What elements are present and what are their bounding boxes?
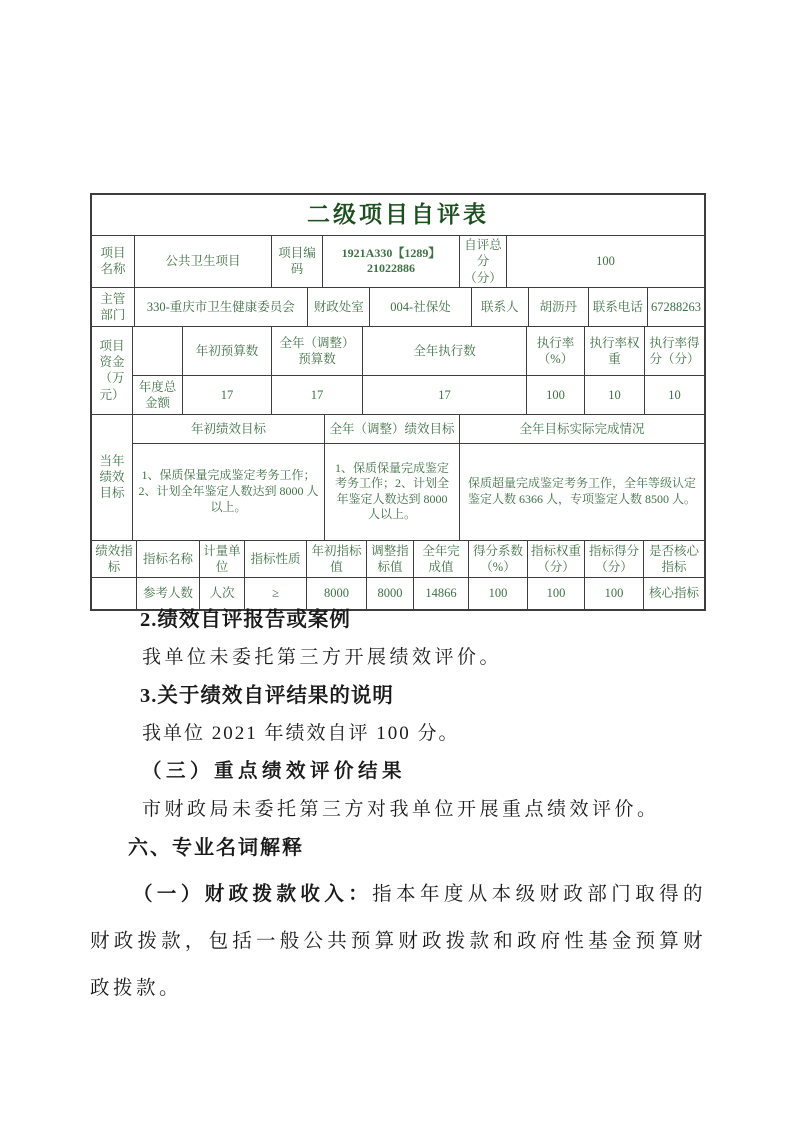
goal-initial-text: 1、保质保量完成鉴定考务工作；2、计划全年鉴定人数达到 8000 人以上。 <box>133 444 325 540</box>
funds-adjusted-budget-value: 17 <box>272 376 363 414</box>
indicator-header-initial-value: 年初指标值 <box>307 541 367 577</box>
funds-total-label: 年度总金额 <box>133 376 183 414</box>
table-title-row: 二级项目自评表 <box>92 195 704 236</box>
indicator-header-nature: 指标性质 <box>245 541 307 577</box>
indicator-header-score: 指标得分（分） <box>585 541 644 577</box>
contact-value: 胡沥丹 <box>529 288 588 326</box>
department-label: 主管部门 <box>92 288 135 326</box>
project-name-value: 公共卫生项目 <box>135 236 272 287</box>
para-term-fiscal-appropriation: （一）财政拨款收入：指本年度从本级财政部门取得的财政拨款，包括一般公共预算财政拨… <box>90 871 706 1012</box>
report-text-section: 2.绩效自评报告或案例 我单位未委托第三方开展绩效评价。 3.关于绩效自评结果的… <box>90 601 706 1012</box>
goals-label: 当年绩效目标 <box>92 415 133 540</box>
indicators-label: 绩效指标 <box>92 541 137 577</box>
self-eval-table: 二级项目自评表 项目名称 公共卫生项目 项目编码 1921A330【1289】2… <box>90 193 706 611</box>
project-code-label: 项目编码 <box>272 236 323 287</box>
indicator-header-score-coef: 得分系数（%） <box>469 541 528 577</box>
funds-header-row: 年初预算数 全年（调整）预算数 全年执行数 执行率（%） 执行率权重 执行率得分… <box>133 327 704 376</box>
funds-executed-value: 17 <box>363 376 527 414</box>
table-band-goals: 当年绩效目标 年初绩效目标 全年（调整）绩效目标 全年目标实际完成情况 1、保质… <box>92 415 704 541</box>
indicator-header-name: 指标名称 <box>137 541 200 577</box>
heading-self-eval-result: 3.关于绩效自评结果的说明 <box>140 677 706 715</box>
funds-label: 项目资金（万元） <box>92 327 133 414</box>
self-score-label: 自评总分（分） <box>460 236 507 287</box>
para-key-eval-result: 市财政局未委托第三方对我单位开展重点绩效评价。 <box>142 791 706 829</box>
phone-label: 联系电话 <box>589 288 648 326</box>
goal-actual-text: 保质超量完成鉴定考务工作，全年等级认定鉴定人数 6366 人，专项鉴定人数 85… <box>460 444 704 540</box>
funds-exec-rate-value: 100 <box>527 376 585 414</box>
heading-self-eval-report: 2.绩效自评报告或案例 <box>140 601 706 639</box>
indicator-header-completed-value: 全年完成值 <box>414 541 469 577</box>
goals-header-adjusted: 全年（调整）绩效目标 <box>325 415 460 443</box>
funds-header-initial-budget: 年初预算数 <box>183 327 272 375</box>
table-row-project: 项目名称 公共卫生项目 项目编码 1921A330【1289】21022886 … <box>92 236 704 288</box>
funds-exec-score-value: 10 <box>645 376 704 414</box>
indicator-header-unit: 计量单位 <box>200 541 245 577</box>
funds-header-adjusted-budget: 全年（调整）预算数 <box>272 327 363 375</box>
goal-adjusted-text: 1、保质保量完成鉴定考务工作；2、计划全年鉴定人数达到 8000 人以上。 <box>325 444 460 540</box>
project-code-value: 1921A330【1289】21022886 <box>323 236 460 287</box>
indicator-header-core: 是否核心指标 <box>644 541 704 577</box>
phone-value: 67288263 <box>648 288 704 326</box>
funds-header-exec-weight: 执行率权重 <box>585 327 645 375</box>
funds-exec-weight-value: 10 <box>585 376 645 414</box>
finance-office-value: 004-社保处 <box>370 288 471 326</box>
funds-initial-budget-value: 17 <box>183 376 272 414</box>
goals-header-actual: 全年目标实际完成情况 <box>460 415 704 443</box>
heading-key-eval-result: （三）重点绩效评价结果 <box>142 753 706 791</box>
contact-label: 联系人 <box>472 288 530 326</box>
indicator-header-weight: 指标权重（分） <box>528 541 585 577</box>
para-self-eval-report: 我单位未委托第三方开展绩效评价。 <box>142 639 706 677</box>
self-score-value: 100 <box>507 236 704 287</box>
department-value: 330-重庆市卫生健康委员会 <box>135 288 308 326</box>
goals-value-row: 1、保质保量完成鉴定考务工作；2、计划全年鉴定人数达到 8000 人以上。 1、… <box>133 444 704 540</box>
funds-header-exec-rate: 执行率（%） <box>527 327 585 375</box>
table-band-funds: 项目资金（万元） 年初预算数 全年（调整）预算数 全年执行数 执行率（%） 执行… <box>92 327 704 415</box>
goals-header-initial: 年初绩效目标 <box>133 415 325 443</box>
term-label: （一）财政拨款收入： <box>133 884 372 905</box>
funds-header-executed: 全年执行数 <box>363 327 527 375</box>
indicator-header-adjusted-value: 调整指标值 <box>367 541 414 577</box>
funds-empty-cell <box>133 327 183 375</box>
para-self-eval-result: 我单位 2021 年绩效自评 100 分。 <box>142 715 706 753</box>
project-name-label: 项目名称 <box>92 236 135 287</box>
heading-terminology: 六、专业名词解释 <box>128 829 706 867</box>
funds-header-exec-score: 执行率得分（分） <box>645 327 704 375</box>
table-title: 二级项目自评表 <box>92 195 704 235</box>
table-band-indicators: 绩效指标 指标名称 计量单位 指标性质 年初指标值 调整指标值 全年完成值 得分… <box>92 541 704 609</box>
table-row-department: 主管部门 330-重庆市卫生健康委员会 财政处室 004-社保处 联系人 胡沥丹… <box>92 288 704 327</box>
funds-value-row: 年度总金额 17 17 17 100 10 10 <box>133 376 704 414</box>
finance-office-label: 财政处室 <box>308 288 370 326</box>
indicators-header-row: 绩效指标 指标名称 计量单位 指标性质 年初指标值 调整指标值 全年完成值 得分… <box>92 541 704 578</box>
goals-header-row: 年初绩效目标 全年（调整）绩效目标 全年目标实际完成情况 <box>133 415 704 444</box>
